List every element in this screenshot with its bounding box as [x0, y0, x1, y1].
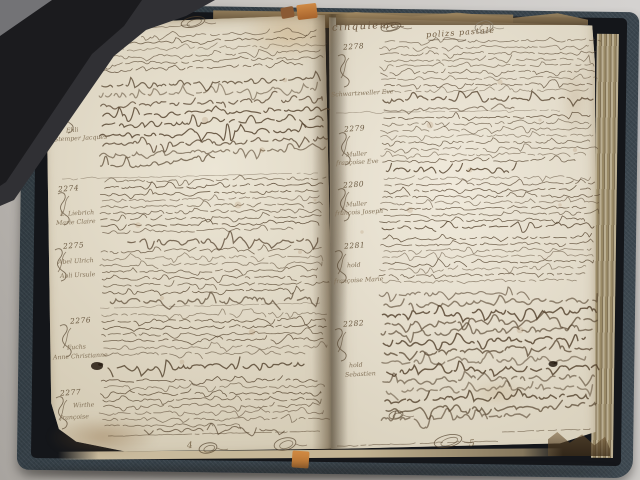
- bookmark-tab-top: [296, 3, 318, 20]
- margin-entry-number: 2282: [343, 318, 365, 328]
- margin-entry-number: 2277: [60, 387, 82, 397]
- margin-entry-name: Fuchs: [67, 344, 86, 352]
- right-page-number: 5: [469, 439, 475, 449]
- paper-stain: [330, 120, 350, 320]
- right-page: [329, 13, 597, 450]
- margin-entry-name: Ehli: [66, 127, 79, 135]
- margin-entry-name: Muller: [346, 150, 367, 158]
- paper-stain: [48, 416, 158, 458]
- margin-entry-name: hold: [347, 262, 361, 270]
- left-page-number: 4: [187, 441, 193, 451]
- margin-entry-name: hold: [349, 362, 363, 370]
- book-drop-shadow: [26, 466, 618, 478]
- margin-entry-number: 2274: [58, 183, 80, 193]
- margin-entry-number: 2279: [344, 123, 366, 133]
- margin-entry-name: Muller: [346, 200, 367, 208]
- paper-stain: [468, 380, 528, 406]
- margin-entry-number: 2280: [343, 179, 365, 189]
- margin-entry-number: 2275: [63, 240, 85, 250]
- bookmark-tab-top-small: [280, 6, 295, 19]
- margin-entry-number: 2276: [70, 315, 92, 325]
- register-scan-photo: quatrieme cinquieme polizs pastale 4 5 2…: [0, 0, 640, 480]
- margin-entry-number: 2281: [344, 240, 366, 250]
- paper-stain: [560, 60, 590, 140]
- margin-entry-number: 2278: [343, 41, 365, 51]
- margin-entry-name: Wirthe: [73, 401, 95, 409]
